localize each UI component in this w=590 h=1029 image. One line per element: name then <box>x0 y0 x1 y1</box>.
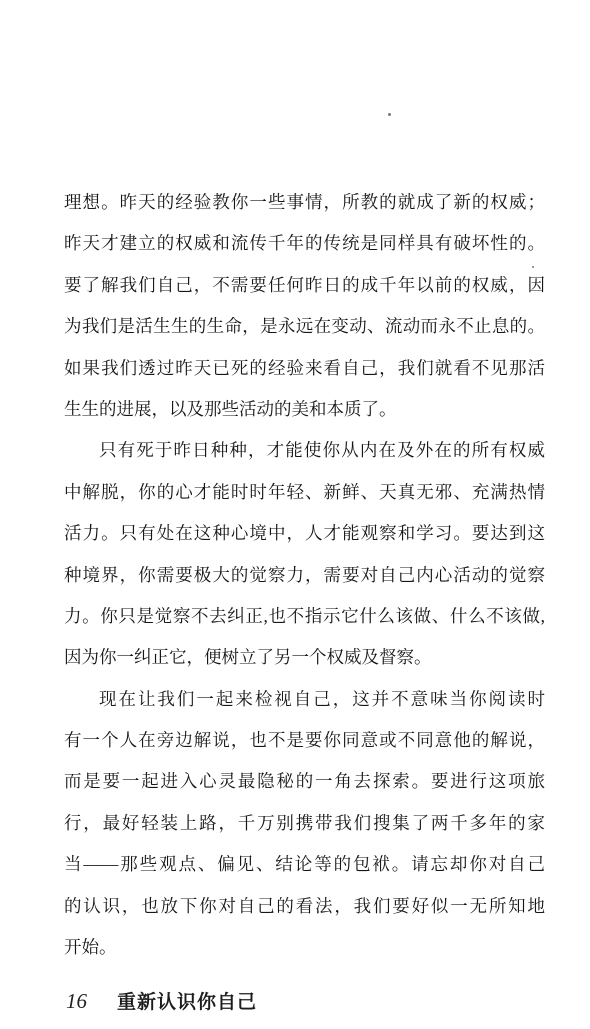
text-line: 开始。 <box>64 927 545 968</box>
text-line: 理想。昨天的经验教你一些事情，所教的就成了新的权威； <box>64 182 545 223</box>
text-line: 中解脱，你的心才能时时年轻、新鲜、天真无邪、充满热情 <box>64 472 545 513</box>
text-line: 当——那些观点、偏见、结论等的包袱。请忘却你对自己 <box>64 844 545 885</box>
book-title: 重新认识你自己 <box>117 987 257 1014</box>
page-footer: 16 重新认识你自己 <box>66 987 257 1014</box>
text-line: 如果我们透过昨天已死的经验来看自己，我们就看不见那活 <box>64 348 545 389</box>
book-page: 理想。昨天的经验教你一些事情，所教的就成了新的权威；昨天才建立的权威和流传千年的… <box>0 0 590 1029</box>
scan-speck <box>388 113 391 116</box>
text-line: 行，最好轻装上路，千万别携带我们搜集了两千多年的家 <box>64 803 545 844</box>
page-number: 16 <box>66 989 87 1014</box>
page-text: 理想。昨天的经验教你一些事情，所教的就成了新的权威；昨天才建立的权威和流传千年的… <box>64 182 545 968</box>
text-line: 昨天才建立的权威和流传千年的传统是同样具有破坏性的。 <box>64 223 545 264</box>
text-line: 的认识，也放下你对自己的看法，我们要好似一无所知地 <box>64 886 545 927</box>
text-line: 因为你一纠正它，便树立了另一个权威及督察。 <box>64 637 545 678</box>
text-line: 活力。只有处在这种心境中，人才能观察和学习。要达到这 <box>64 513 545 554</box>
text-line: 为我们是活生生的生命，是永远在变动、流动而永不止息的。 <box>64 306 545 347</box>
text-line: 现在让我们一起来检视自己，这并不意味当你阅读时 <box>64 679 545 720</box>
text-line: 而是要一起进入心灵最隐秘的一角去探索。要进行这项旅 <box>64 761 545 802</box>
text-line: 生生的进展，以及那些活动的美和本质了。 <box>64 389 545 430</box>
text-line: 种境界，你需要极大的觉察力，需要对自己内心活动的觉察 <box>64 555 545 596</box>
text-line: 只有死于昨日种种，才能使你从内在及外在的所有权威 <box>64 430 545 471</box>
text-line: 力。你只是觉察不去纠正,也不指示它什么该做、什么不该做, <box>64 596 545 637</box>
text-line: 要了解我们自己，不需要任何昨日的成千年以前的权威，因 <box>64 265 545 306</box>
text-line: 有一个人在旁边解说，也不是要你同意或不同意他的解说， <box>64 720 545 761</box>
